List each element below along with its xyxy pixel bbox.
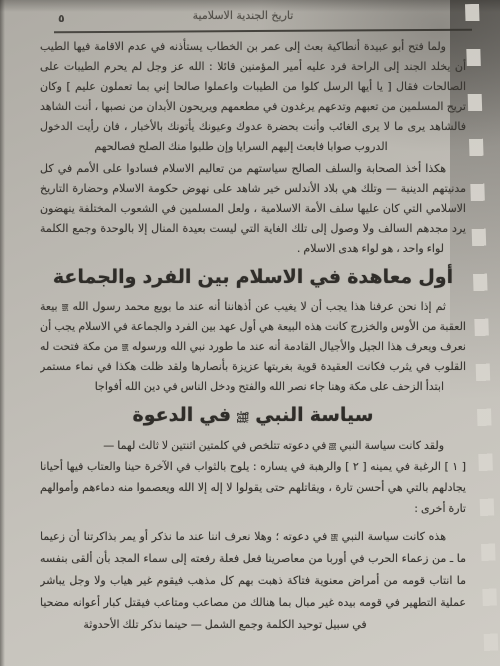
text-line: ثم إذا نحن عرفنا هذا يجب أن لا يغيب عن أ… [40, 297, 466, 317]
text-line: ابتدأ الزحف على مكة وهنا جاء نصر الله وا… [40, 377, 466, 397]
text-line: يجادلهم بالتي هي أحسن تارة ، ويقاتلهم حت… [40, 477, 466, 498]
text-line: [ ١ ] الرغبة في يمينه [ ٢ ] والرهبة في ي… [40, 456, 466, 477]
prophet-honorific-seal: صلى الله عليه وسلم [331, 534, 338, 541]
paragraph: ولما فتح أبو عبيدة أنطاكية بعث إلى عمر ب… [40, 37, 466, 157]
text-line: فالشاهد يرى ما لا يرى الغائب وأنت بحضرة … [40, 117, 466, 137]
text-line: أن يخلد الجند إلى الراحة فرد عليه أمير ا… [40, 57, 466, 77]
text-line: في سبيل توحيد الكلمة وجمع الشمل — حينما … [40, 614, 466, 636]
text-line: الصالحات فقال [ يا أيها الرسل كلوا من ال… [40, 77, 466, 97]
text-line: مدنيتهم الدينية — وتلك هي بلاد الأندلس خ… [40, 179, 466, 199]
text-line: هكذا أخذ الصحابة والسلف الصالح سياستهم م… [40, 159, 466, 179]
paragraph: هذه كانت سياسة النبي صلى الله عليه وسلم … [40, 526, 466, 636]
prophet-honorific-seal: صلى الله عليه وسلم [329, 443, 336, 450]
text-line: ولقد كانت سياسة النبي صلى الله عليه وسلم… [40, 435, 466, 456]
text-line: نعرف ويعرف هذا الجيل والأجيال القادمة أن… [40, 337, 466, 357]
paragraph: هكذا أخذ الصحابة والسلف الصالح سياستهم م… [40, 159, 466, 259]
paragraph: ولقد كانت سياسة النبي صلى الله عليه وسلم… [40, 435, 466, 519]
prophet-honorific-seal: صلى الله عليه وسلم [62, 304, 69, 311]
text-line: هذه كانت سياسة النبي صلى الله عليه وسلم … [40, 526, 466, 548]
section-heading: أول معاهدة في الاسلام بين الفرد والجماعة [40, 264, 466, 290]
text-line: عملية التطهير في قومه بيده غير مبال بما … [40, 592, 466, 614]
page-body: ولما فتح أبو عبيدة أنطاكية بعث إلى عمر ب… [0, 37, 500, 666]
text-line: لواء واحد ، هو لواء هدى الاسلام . [40, 239, 466, 259]
text-line: الدروب صوابا فابعث إليهم السرايا وإن طلب… [40, 137, 466, 157]
page-number: ٥ [58, 12, 65, 25]
paragraph: ثم إذا نحن عرفنا هذا يجب أن لا يغيب عن أ… [40, 297, 466, 397]
text-line: تريح المسلمين من تعبهم وتدعهم يرغدون في … [40, 97, 466, 117]
text-line: القلوب في يثرب فكانت العقيدة قوية بغربته… [40, 357, 466, 377]
prophet-honorific-seal: صلى الله عليه وسلم [122, 344, 129, 351]
text-line: العقبة من الأوس والخزرج كانت هذه البيعة … [40, 317, 466, 337]
text-line: ولما فتح أبو عبيدة أنطاكية بعث إلى عمر ب… [40, 37, 466, 57]
scanned-page: تاريخ الجندية الاسلامية ٥ ولما فتح أبو ع… [0, 0, 500, 666]
prophet-honorific-seal: صلى الله عليه وسلم [237, 411, 249, 423]
running-header-book-title: تاريخ الجندية الاسلامية [0, 9, 486, 22]
header-rule [54, 29, 472, 33]
text-line: ما انتاب قومه من أمراض معنوية فتاكة ذهبت… [40, 570, 466, 592]
section-heading: سياسة النبي صلى الله عليه وسلم في الدعوة [40, 402, 466, 428]
text-line: تارة أخرى : [40, 498, 466, 519]
text-line: ما ـ من زعماء الحرب في أوربا من معاصرينا… [40, 548, 466, 570]
text-line: الاسلامي التي كان عليها سلف الأمة الاسلا… [40, 199, 466, 219]
text-line: يرد مجدهم السالف ولا وصول إلى تلك الغاية… [40, 219, 466, 239]
